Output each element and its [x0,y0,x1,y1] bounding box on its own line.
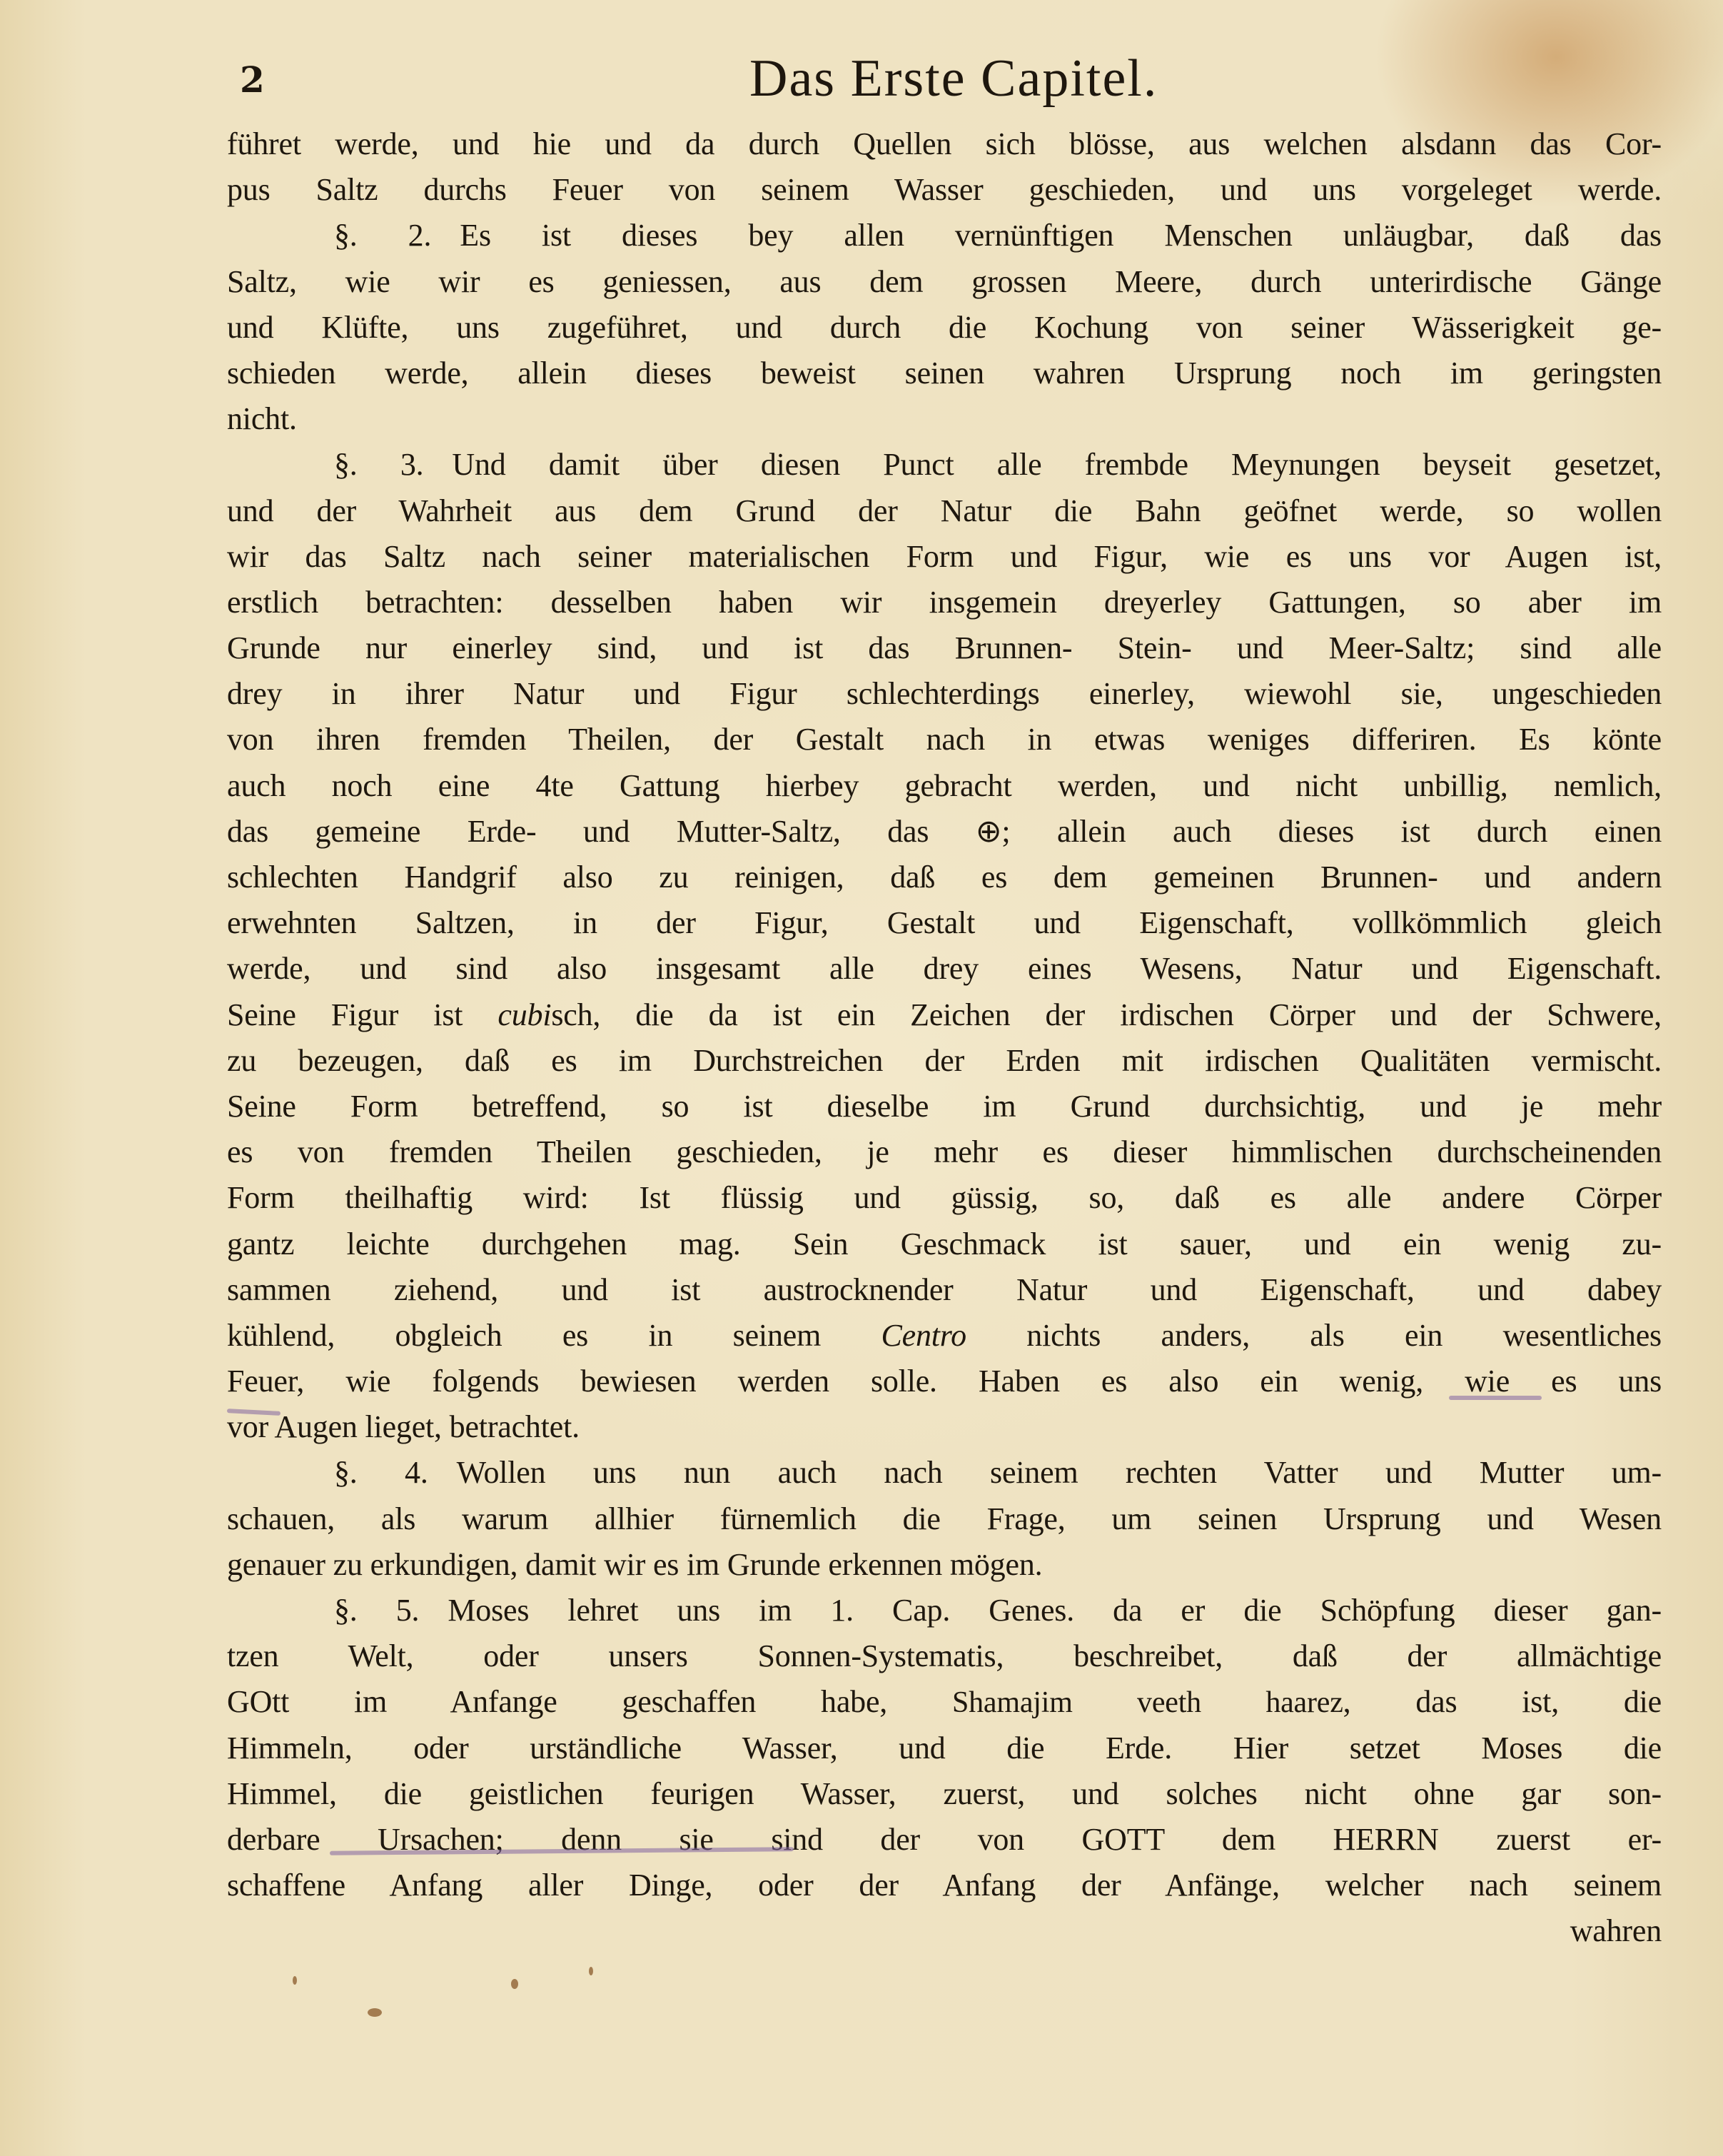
text-line: Saltz, wie wir es geniessen, aus dem gro… [227,259,1662,305]
text-line: schaffene Anfang aller Dinge, oder der A… [227,1863,1662,1908]
line-text: und Klüfte, uns zugeführet, und durch di… [227,310,1662,345]
line-text: von ihren fremden Theilen, der Gestalt n… [227,722,1662,757]
text-line: erstlich betrachten: desselben haben wir… [227,580,1662,625]
text-line: pus Saltz durchs Feuer von seinem Wasser… [227,167,1662,213]
line-text: erwehnten Saltzen, in der Figur, Gestalt… [227,905,1662,940]
paragraph-5-start: §. 5.Moses lehret uns im 1. Cap. Genes. … [227,1588,1662,1633]
line-text: , das ist, die [1343,1684,1662,1719]
text-line: drey in ihrer Natur und Figur schlechter… [227,671,1662,717]
line-text: kühlend, obgleich es in seinem [227,1318,881,1353]
text-line: vor Augen lieget, betrachtet. [227,1404,1662,1450]
text-line: schauen, als warum allhier fürnemlich di… [227,1496,1662,1542]
line-text: schieden werde, allein dieses beweist se… [227,356,1662,391]
foxing-spot [589,1967,593,1975]
text-line: tzen Welt, oder unsers Sonnen-Systematis… [227,1633,1662,1679]
paragraph-4-start: §. 4.Wollen uns nun auch nach seinem rec… [227,1450,1662,1496]
latin-word: cubi [497,997,551,1032]
catchword-text: wahren [1570,1913,1662,1948]
line-text: das gemeine Erde- und Mutter-Saltz, das … [227,814,1662,849]
line-text: Seine Form betreffend, so ist dieselbe i… [227,1089,1662,1124]
page-header: 2 Das Erste Capitel. [0,43,1723,121]
text-line: zu bezeugen, daß es im Durchstreichen de… [227,1038,1662,1084]
line-text: auch noch eine 4te Gattung hierbey gebra… [227,768,1662,803]
line-text: sch, die da ist ein Zeichen der irdische… [551,997,1662,1032]
line-text: Und damit über diesen Punct alle frembde… [452,447,1662,482]
hebrew-transliteration: Shamajim veeth haarez [952,1686,1343,1719]
line-text: Saltz, wie wir es geniessen, aus dem gro… [227,264,1662,299]
line-text: drey in ihrer Natur und Figur schlechter… [227,676,1662,711]
paragraph-2-start: §. 2.Es ist dieses bey allen vernünftige… [227,213,1662,258]
text-line: GOtt im Anfange geschaffen habe, Shamaji… [227,1679,1662,1725]
line-text: GOtt im Anfange geschaffen habe, [227,1684,952,1719]
text-line: Himmeln, oder urständliche Wasser, und d… [227,1726,1662,1771]
text-line: führet werde, und hie und da durch Quell… [227,121,1662,167]
section-mark: §. 4. [334,1455,428,1490]
text-line: Himmel, die geistlichen feurigen Wasser,… [227,1771,1662,1817]
line-text: Wollen uns nun auch nach seinem rechten … [457,1455,1662,1490]
text-line: von ihren fremden Theilen, der Gestalt n… [227,717,1662,762]
paragraph-3-start: §. 3.Und damit über diesen Punct alle fr… [227,442,1662,488]
text-line: wir das Saltz nach seiner materialischen… [227,534,1662,580]
text-line: auch noch eine 4te Gattung hierbey gebra… [227,763,1662,809]
line-text: Himmel, die geistlichen feurigen Wasser,… [227,1776,1662,1811]
line-text: Seine Figur ist [227,997,497,1032]
foxing-spot [293,1976,297,1985]
line-text: pus Saltz durchs Feuer von seinem Wasser… [227,172,1662,207]
section-mark: §. 3. [334,447,423,482]
text-line: Seine Figur ist cubisch, die da ist ein … [227,992,1662,1038]
page-number: 2 [240,59,265,101]
line-text: es von fremden Theilen geschieden, je me… [227,1134,1662,1169]
text-line: es von fremden Theilen geschieden, je me… [227,1129,1662,1175]
scanned-page: 2 Das Erste Capitel. führet werde, und h… [0,0,1723,2156]
text-line: das gemeine Erde- und Mutter-Saltz, das … [227,809,1662,855]
line-text: schaffene Anfang aller Dinge, oder der A… [227,1868,1662,1903]
foxing-spot [368,2008,382,2017]
line-text: wir das Saltz nach seiner materialischen… [227,539,1662,574]
line-text: schauen, als warum allhier fürnemlich di… [227,1501,1662,1536]
line-text: werde, und sind also insgesamt alle drey… [227,951,1662,986]
section-mark: §. 5. [334,1593,419,1628]
text-line: Seine Form betreffend, so ist dieselbe i… [227,1084,1662,1129]
text-line: kühlend, obgleich es in seinem Centro ni… [227,1313,1662,1359]
line-text: sammen ziehend, und ist austrocknender N… [227,1272,1662,1307]
latin-word: Centro [881,1318,966,1353]
line-text: zu bezeugen, daß es im Durchstreichen de… [227,1043,1662,1078]
line-text: Moses lehret uns im 1. Cap. Genes. da er… [448,1593,1662,1628]
catchword: wahren [227,1908,1662,1954]
text-line: werde, und sind also insgesamt alle drey… [227,946,1662,992]
line-text: nicht. [227,401,297,436]
line-text: genauer zu erkundigen, damit wir es im G… [227,1547,1042,1582]
line-text: gantz leichte durchgehen mag. Sein Gesch… [227,1226,1662,1261]
running-title: Das Erste Capitel. [749,43,1158,114]
line-text: Grunde nur einerley sind, und ist das Br… [227,630,1662,665]
line-text: schlechten Handgrif also zu reinigen, da… [227,860,1662,895]
line-text: Es ist dieses bey allen vernünftigen Men… [460,218,1662,253]
text-line: schlechten Handgrif also zu reinigen, da… [227,855,1662,900]
text-line: Form theilhaftig wird: Ist flüssig und g… [227,1175,1662,1221]
text-line: gantz leichte durchgehen mag. Sein Gesch… [227,1221,1662,1267]
line-text: Form theilhaftig wird: Ist flüssig und g… [227,1180,1662,1215]
text-line: und der Wahrheit aus dem Grund der Natur… [227,488,1662,534]
line-text: und der Wahrheit aus dem Grund der Natur… [227,493,1662,528]
line-text: Himmeln, oder urständliche Wasser, und d… [227,1731,1662,1765]
line-text: erstlich betrachten: desselben haben wir… [227,585,1662,620]
text-line: derbare Ursachen; denn sie sind der von … [227,1817,1662,1863]
text-line: genauer zu erkundigen, damit wir es im G… [227,1542,1662,1588]
line-text: Feuer, wie folgends bewiesen werden soll… [227,1364,1662,1399]
body-text: führet werde, und hie und da durch Quell… [227,121,1662,1955]
section-mark: §. 2. [334,218,431,253]
line-text: tzen Welt, oder unsers Sonnen-Systematis… [227,1638,1662,1673]
pencil-underline [1449,1396,1542,1400]
line-text: führet werde, und hie und da durch Quell… [227,126,1662,161]
text-line: sammen ziehend, und ist austrocknender N… [227,1267,1662,1313]
text-line: und Klüfte, uns zugeführet, und durch di… [227,305,1662,351]
text-line: erwehnten Saltzen, in der Figur, Gestalt… [227,900,1662,946]
text-line: Feuer, wie folgends bewiesen werden soll… [227,1359,1662,1404]
text-line: nicht. [227,396,1662,442]
foxing-spot [511,1979,518,1989]
text-line: Grunde nur einerley sind, und ist das Br… [227,625,1662,671]
line-text: nichts anders, als ein wesentliches [966,1318,1662,1353]
text-line: schieden werde, allein dieses beweist se… [227,351,1662,396]
